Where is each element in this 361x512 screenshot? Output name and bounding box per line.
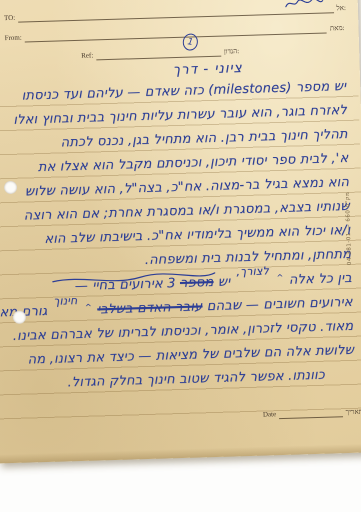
date-label-en: Date xyxy=(263,410,276,419)
struck-text: עובר האדם בשלבי xyxy=(97,299,203,317)
to-label-en: TO: xyxy=(4,14,15,23)
struck-text: מספר xyxy=(180,275,214,291)
memo-page: TO: אל: From: מאת: Ref: הנדון: 1 ציוני -… xyxy=(0,0,361,463)
ref-label-en: Ref: xyxy=(81,51,93,60)
caret-mark: ^ xyxy=(276,273,283,282)
scanned-memo-screenshot: TO: אל: From: מאת: Ref: הנדון: 1 ציוני -… xyxy=(0,0,361,512)
from-label-he: מאת: xyxy=(330,24,345,33)
from-row: From: מאת: xyxy=(4,21,344,43)
date-line xyxy=(279,406,343,419)
date-label-he: תאריך xyxy=(346,408,361,418)
handwritten-title: ציוני - דרך xyxy=(57,57,357,82)
inserted-word: חינוך xyxy=(53,294,77,308)
from-line xyxy=(25,23,327,43)
text-run: בין כל אלה xyxy=(289,271,352,288)
addressee-scribble xyxy=(284,0,324,11)
caret-mark: ^ xyxy=(85,303,92,312)
text-run: 3 אירועים בחיי — xyxy=(75,276,176,294)
text-run: יש xyxy=(218,274,231,289)
to-label-he: אל: xyxy=(336,4,346,13)
subject-line xyxy=(96,46,221,61)
inserted-word: לצורך, xyxy=(236,264,269,278)
from-label-en: From: xyxy=(5,34,22,44)
subject-row: Ref: הנדון: xyxy=(81,44,239,61)
subject-label-he: הנדון: xyxy=(224,47,239,56)
